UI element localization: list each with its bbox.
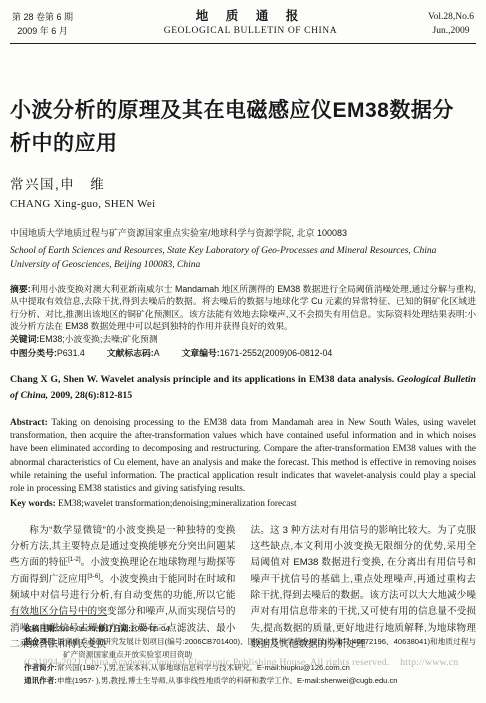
footnote-corresponding-author: 通讯作者:申维(1957- ),男,教授,博士生导师,从事非线性地质学的科研和教… bbox=[24, 674, 476, 687]
paper-page: 第 28 卷第 6 期 2009 年 6 月 地 质 通 报 GEOLOGICA… bbox=[0, 0, 486, 703]
keywords-cn-text: EM38;小波变换;去噪;矿化预测 bbox=[39, 334, 157, 344]
header-left: 第 28 卷第 6 期 2009 年 6 月 bbox=[12, 10, 73, 38]
article-id-value: 1671-2552(2009)06-0812-04 bbox=[220, 348, 333, 358]
clc-label: 中图分类号: bbox=[10, 348, 57, 358]
keywords-cn-label: 关键词: bbox=[10, 334, 39, 344]
corresponding-author-text: 申维(1957- ),男,教授,博士生导师,从事非线性地质学的科研和教学工作。E… bbox=[57, 676, 398, 685]
journal-title-cn: 地 质 通 报 bbox=[164, 9, 337, 24]
keywords-en: Key words: EM38;wavelet transformation;d… bbox=[10, 498, 476, 511]
received-date-value: 2008-06-30; bbox=[57, 624, 98, 633]
reference-superscript-1: [1-2] bbox=[68, 556, 81, 563]
keywords-en-label: Key words: bbox=[10, 499, 56, 509]
keywords-en-text: EM38;wavelet transformation;denoising;mi… bbox=[58, 499, 297, 509]
header-right: Vol.28,No.6 Jun.,2009 bbox=[428, 10, 474, 38]
citation-authors-title: Chang X G, Shen W. Wavelet analysis prin… bbox=[10, 374, 397, 385]
clc-value: P631.4 bbox=[57, 348, 85, 358]
citation-volume-pages: 2009, 28(6):812-815 bbox=[51, 390, 133, 401]
footnote-received-date: 收稿日期:2008-06-30;修订日期:2009-05-04 bbox=[24, 622, 476, 635]
article-id-label: 文章编号: bbox=[182, 348, 220, 358]
abstract-en-label: Abstract: bbox=[10, 418, 48, 428]
affiliation-cn: 中国地质大学地质过程与矿产资源国家重点实验室/地球科学与资源学院, 北京 100… bbox=[10, 226, 476, 239]
citation: Chang X G, Shen W. Wavelet analysis prin… bbox=[10, 372, 476, 405]
volume-number: Vol.28,No.6 bbox=[428, 10, 474, 24]
funding-label: 基金项目: bbox=[24, 637, 57, 646]
clc-row: 中图分类号:P631.4文献标志码:A文章编号:1671-2552(2009)0… bbox=[10, 347, 476, 359]
footnote-divider bbox=[10, 615, 107, 616]
abstract-cn-text: 利用小波变换对澳大利亚新南威尔士 Mandamah 地区所测得的 EM38 数据… bbox=[10, 284, 476, 331]
authors-cn: 常兴国,申 维 bbox=[10, 173, 476, 193]
reference-superscript-2: [3-6] bbox=[87, 573, 100, 580]
footnote-area: 收稿日期:2008-06-30;修订日期:2009-05-04 基金项目:国家重… bbox=[10, 615, 476, 687]
keywords-cn: 关键词:EM38;小波变换;去噪;矿化预测 bbox=[10, 333, 476, 345]
revised-date-value: 2009-05-04 bbox=[131, 624, 170, 633]
abstract-en-text: Taking on denoising processing to the EM… bbox=[10, 418, 476, 494]
cnki-watermark: (C)1994-2021 China Academic Journal Elec… bbox=[24, 657, 458, 668]
affiliation-en: School of Earth Sciences and Resources, … bbox=[10, 245, 476, 272]
issue-number: 第 28 卷第 6 期 bbox=[12, 10, 73, 24]
header-center: 地 质 通 报 GEOLOGICAL BULLETIN OF CHINA bbox=[164, 9, 337, 38]
issue-date-en: Jun.,2009 bbox=[428, 24, 474, 38]
abstract-cn: 摘要:利用小波变换对澳大利亚新南威尔士 Mandamah 地区所测得的 EM38… bbox=[10, 283, 476, 332]
funding-text: 国家重点基础研究发展计划项目(编号:2006CB701400)、国家自然科学基金… bbox=[57, 637, 476, 659]
journal-title-en: GEOLOGICAL BULLETIN OF CHINA bbox=[164, 24, 337, 38]
footnote-lines: 收稿日期:2008-06-30;修订日期:2009-05-04 基金项目:国家重… bbox=[24, 622, 476, 687]
revised-date-label: 修订日期: bbox=[98, 624, 131, 633]
document-code-value: A bbox=[154, 348, 160, 358]
abstract-en: Abstract: Taking on denoising processing… bbox=[10, 417, 476, 497]
authors-pinyin: CHANG Xing-guo, SHEN Wei bbox=[10, 198, 476, 210]
issue-date-cn: 2009 年 6 月 bbox=[12, 24, 73, 38]
corresponding-author-label: 通讯作者: bbox=[24, 676, 57, 685]
article-title: 小波分析的原理及其在电磁感应仪EM38数据分析中的应用 bbox=[10, 94, 474, 160]
abstract-cn-label: 摘要: bbox=[10, 284, 31, 294]
document-code-label: 文献标志码: bbox=[107, 348, 154, 358]
journal-header: 第 28 卷第 6 期 2009 年 6 月 地 质 通 报 GEOLOGICA… bbox=[10, 0, 476, 44]
received-date-label: 收稿日期: bbox=[24, 624, 57, 633]
